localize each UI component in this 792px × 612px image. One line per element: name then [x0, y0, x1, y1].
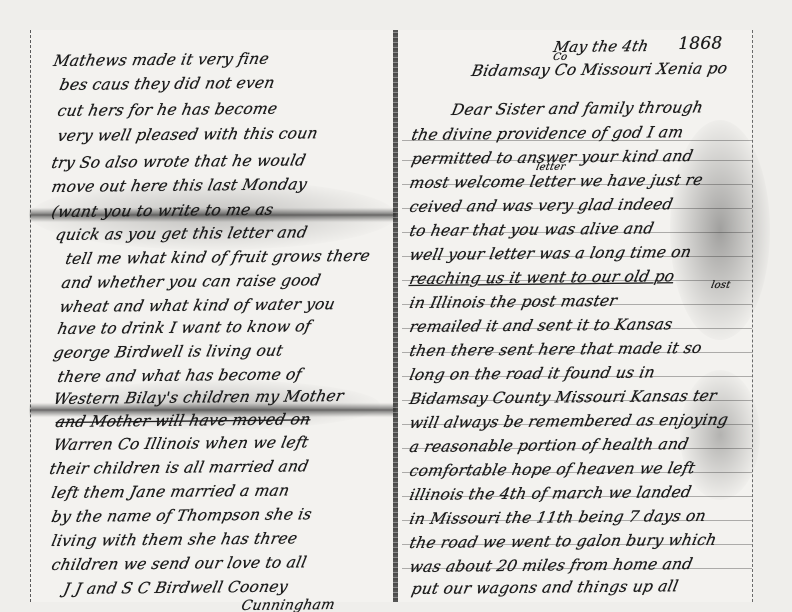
year: 1868 [676, 34, 724, 54]
right-line-21: put our wagons and things up all [410, 577, 680, 598]
left-line-24-signature: Cunningham [240, 597, 336, 612]
right-line-8: reaching us it went to our old po [408, 267, 676, 288]
left-line-14: there and what has become of [56, 365, 303, 386]
left-line-11: wheat and what kind of water you [58, 295, 337, 316]
place-line: Bidamsay Co Missouri Xenia po [470, 59, 729, 80]
right-line-5: ceived and was very glad indeed [408, 195, 675, 216]
left-line-12: have to drink I want to know of [56, 317, 313, 338]
left-line-4: very well pleased with this coun [56, 124, 320, 145]
interlinear-note: lost [710, 280, 731, 291]
right-line-2: the divine providence of god I am [410, 123, 685, 144]
left-line-3: cut hers for he has become [56, 100, 279, 120]
right-line-17: illinois the 4th of march we landed [408, 483, 693, 504]
right-line-13: Bidamsay County Missouri Kansas ter [408, 387, 719, 408]
left-line-15: Western Bilay's children my Mother [52, 387, 345, 408]
left-line-19: left them Jane married a man [50, 482, 291, 502]
right-line-14: will always be remembered as enjoying [408, 411, 730, 432]
center-fold [393, 30, 398, 602]
left-line-17: Warren Co Illinois when we left [52, 433, 310, 454]
left-line-20: by the name of Thompson she is [50, 505, 314, 526]
right-line-12: long on the road it found us in [408, 363, 657, 384]
left-line-5: try So also wrote that he would [50, 151, 307, 172]
right-line-6: to hear that you was alive and [408, 219, 656, 240]
left-line-16-struck: and Mother will have moved on [54, 410, 312, 431]
right-line-1: Dear Sister and family through [450, 98, 705, 119]
left-line-21: living with them she has three [50, 529, 299, 550]
right-line-16: comfortable hope of heaven we left [408, 459, 697, 480]
left-line-13: george Birdwell is living out [52, 342, 285, 362]
interlinear-note: letter [535, 162, 566, 173]
left-line-8: quick as you get this letter and [54, 223, 309, 244]
left-line-6: move out here this last Monday [50, 175, 309, 196]
left-line-1: Mathews made it very fine [52, 50, 271, 70]
left-line-9: tell me what kind of fruit grows there [64, 247, 372, 268]
right-line-19: the road we went to galon bury which [408, 531, 718, 552]
right-line-11: then there sent here that made it so [408, 339, 704, 360]
left-line-22: children we send our love to all [50, 553, 308, 574]
left-line-10: and whether you can raise good [60, 271, 322, 292]
right-line-18: in Missouri the 11th being 7 days on [408, 507, 708, 528]
right-line-4: most welcome letter we have just re [408, 171, 705, 192]
left-line-18: their children is all married and [48, 457, 310, 478]
right-line-10: remailed it and sent it to Kansas [408, 315, 674, 336]
left-line-23-signature: J J and S C Birdwell Cooney [62, 578, 290, 598]
letter-scan: Mathews made it very fine bes caus they … [0, 0, 792, 612]
right-line-15: a reasonable portion of health and [408, 435, 690, 456]
left-line-7: (want you to write to me as [50, 201, 275, 221]
right-line-20: was about 20 miles from home and [408, 555, 694, 576]
left-line-2: bes caus they did not even [58, 74, 276, 94]
right-line-9: in Illinois the post master [408, 292, 619, 312]
right-line-7: well your letter was a long time on [408, 243, 693, 264]
